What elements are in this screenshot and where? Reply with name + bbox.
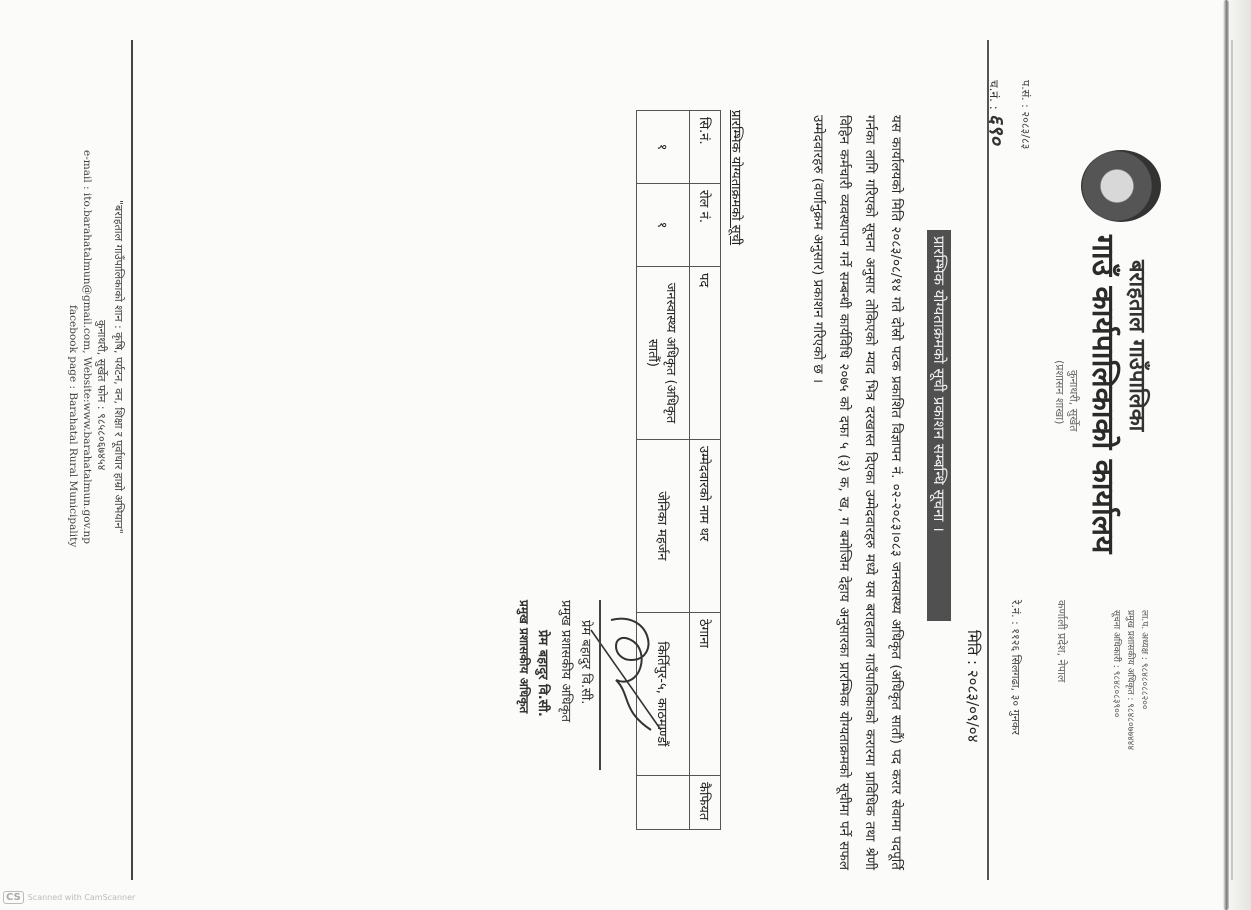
col-address: ठेगाना [690,613,721,776]
signatory-role: प्रमुख प्रशासकीय अधिकृत [558,600,576,722]
col-remarks: कैफियत [690,776,721,830]
table-header-row: सि.नं. रोल नं. पद उम्मेदवारको नाम थर ठेग… [690,111,721,830]
province: कर्णाली प्रदेश, नेपाल [1054,600,1069,682]
col-roll: रोल नं. [690,184,721,267]
top-rule [1231,40,1233,880]
signature-line [600,600,602,770]
stamp-name: प्रेम बहादुर वि.सी. [535,630,553,717]
contact-chairman: ला.प. अध्यक्ष : ९८४८०८८२०० [1137,610,1151,750]
page-fold-shadow [1223,0,1229,910]
cell-roll: १ [637,184,690,267]
contact-cao: प्रमुख प्रशासकीय अधिकृत : ९८४८०७७४४४ [1123,610,1137,750]
office-branch: (प्रशासन शाखा) [1052,360,1067,424]
dispatch-label: च.नं. : [987,80,1001,110]
registration: रे.नं. : ११२६ सिलगढा, ३० गुनकर [1008,600,1023,735]
footer-address-phone: कुनाथरी, सुर्खेत फोन : ९८५८०६७४५४ [94,320,109,470]
municipality-emblem-icon [1081,150,1161,222]
footer-slogan: "बराहताल गाउँपालिकाको शान : कृषि, पर्यटन… [111,200,126,534]
contact-list: ला.प. अध्यक्ष : ९८४८०८८२०० प्रमुख प्रशास… [1109,610,1151,750]
notice-date: मिति : २०८३/०९/०४ [963,630,983,742]
office-name: गाउँ कार्यपालिकाको कार्यालय [1084,235,1125,553]
footer-email-web: e-mail : ito.barahatalmun@gmail.com, Web… [81,150,93,544]
footer-facebook: facebook page : Barahatal Rural Municipa… [67,305,79,547]
cell-post: जनस्वास्थ्य अधिकृत (अधिकृत सातौं) [637,267,690,440]
camscanner-logo-icon: CS [3,891,24,904]
col-sn: सि.नं. [690,111,721,184]
list-title: प्रारम्भिक योग्यताक्रमको सूची [728,110,746,245]
col-name: उम्मेदवारको नाम थर [690,440,721,613]
col-post: पद [690,267,721,440]
cell-sn: १ [637,111,690,184]
scanner-watermark: CS Scanned with CamScanner [3,891,135,904]
notice-title: प्रारम्भिक योग्यताक्रमको सूची प्रकाशन सम… [927,230,951,621]
signatory-name: प्रेम बहादुर वि.सी. [578,620,596,704]
notice-body: यस कार्यालयको मिति २०८३/०८/१४ गते दोस्रो… [805,115,909,870]
header-rule [987,40,989,880]
cell-name: जेनिका महर्जन [637,440,690,613]
contact-info-officer: सूचना अधिकारी : ९८४८०८३९०० [1109,610,1123,750]
footer-rule [131,40,133,880]
municipality-name: बराहताल गाउँपालिका [1123,260,1153,431]
fiscal-year: प.सं. : २०८३/८३ [1018,80,1033,149]
office-location: कुनाथरी, सुर्खेत [1066,370,1081,431]
scanner-text: Scanned with CamScanner [28,893,136,902]
cell-remarks [637,776,690,830]
stamp-role: प्रमुख प्रशासकीय अधिकृत [516,600,533,713]
notice-page: बराहताल गाउँपालिका गाउँ कार्यपालिकाको का… [0,0,1251,910]
